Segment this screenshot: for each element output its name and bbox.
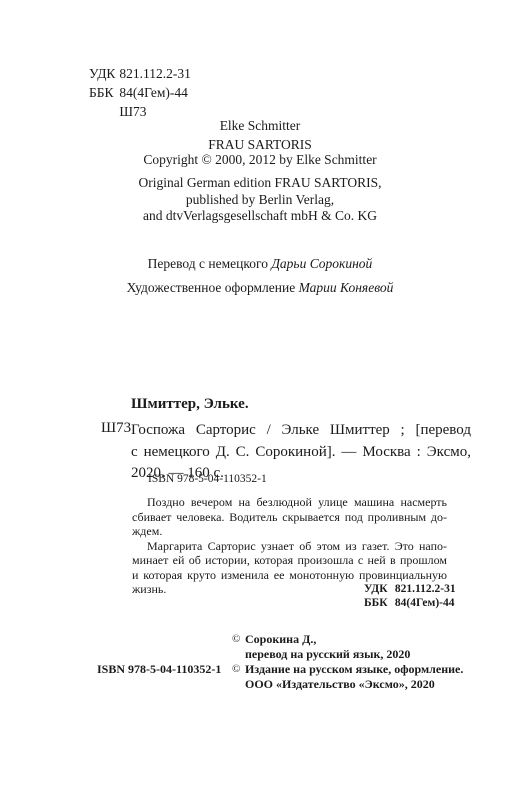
abstract-line: сбивает человека. Водитель скрывается по… (132, 510, 447, 525)
isbn-bold: ISBN 978-5-04-110352-1 (97, 662, 221, 677)
rights-entry-cont: перевод на русский язык, 2020 (232, 647, 463, 662)
design-credit: Художественное оформление Марии Коняевой (50, 280, 470, 296)
edition-info: Original German edition FRAU SARTORIS, p… (50, 175, 470, 225)
copyright-line: Copyright © 2000, 2012 by Elke Schmitter (50, 152, 470, 168)
edition-line: and dtvVerlagsgesellschaft mbH & Co. KG (50, 208, 470, 225)
bbk-value: 84(4Гем)-44 (119, 85, 188, 100)
edition-line: published by Berlin Verlag, (50, 192, 470, 209)
rights-entry-cont: ООО «Издательство «Эксмо», 2020 (232, 677, 463, 692)
abstract-line: минает ей об истории, которая произошла … (132, 553, 447, 568)
original-author: Elke Schmitter (50, 116, 470, 135)
udk-row: УДК 821.112.2-31 (89, 64, 191, 83)
rights-entry: ©Сорокина Д., (232, 632, 463, 647)
catalog-author-heading: Шмиттер, Эльке. (131, 396, 249, 413)
top-classification-codes: УДК 821.112.2-31 ББК 84(4Гем)-44 Ш73 (89, 64, 191, 121)
copyright-notices: ©Сорокина Д., перевод на русский язык, 2… (232, 632, 463, 692)
copyright-icon: © (232, 662, 240, 677)
design-prefix: Художественное оформление (127, 280, 299, 295)
bbk-value: 84(4Гем)-44 (395, 597, 455, 609)
abstract-line: ждем. (132, 524, 447, 539)
abstract-line: и которая круто изменила ее монотонную п… (132, 568, 447, 583)
udk-label: УДК (89, 64, 116, 83)
bottom-udk-row: УДК 821.112.2-31 (364, 582, 456, 596)
catalog-line: Госпожа Сарторис / Эльке Шмиттер ; [пере… (131, 420, 471, 442)
udk-label: УДК (364, 582, 392, 596)
original-title-block: Elke Schmitter FRAU SARTORIS (50, 116, 470, 154)
bbk-label: ББК (89, 83, 116, 102)
translator-name: Дарьи Сорокиной (271, 256, 372, 271)
catalog-line: с немецкого Д. С. Сорокиной]. — Москва :… (131, 442, 471, 464)
edition-line: Original German edition FRAU SARTORIS, (50, 175, 470, 192)
udk-value: 821.112.2-31 (395, 583, 456, 595)
designer-name: Марии Коняевой (299, 280, 394, 295)
bottom-bbk-row: ББК 84(4Гем)-44 (364, 596, 456, 610)
udk-value: 821.112.2-31 (119, 66, 191, 81)
bbk-row: ББК 84(4Гем)-44 (89, 83, 191, 102)
rights-entry: ©Издание на русском языке, оформление. (232, 662, 463, 677)
catalog-code: Ш73 (101, 420, 131, 437)
abstract-line: Поздно вечером на безлюдной улице машина… (132, 495, 447, 510)
bottom-classification-codes: УДК 821.112.2-31 ББК 84(4Гем)-44 (364, 582, 456, 610)
translation-credit: Перевод с немецкого Дарьи Сорокиной (50, 256, 470, 272)
abstract-line: Маргарита Сарторис узнает об этом из газ… (132, 539, 447, 554)
copyright-icon: © (232, 632, 240, 647)
translation-prefix: Перевод с немецкого (148, 256, 272, 271)
bbk-label: ББК (364, 596, 392, 610)
catalog-isbn: ISBN 978-5-04-110352-1 (148, 473, 267, 485)
